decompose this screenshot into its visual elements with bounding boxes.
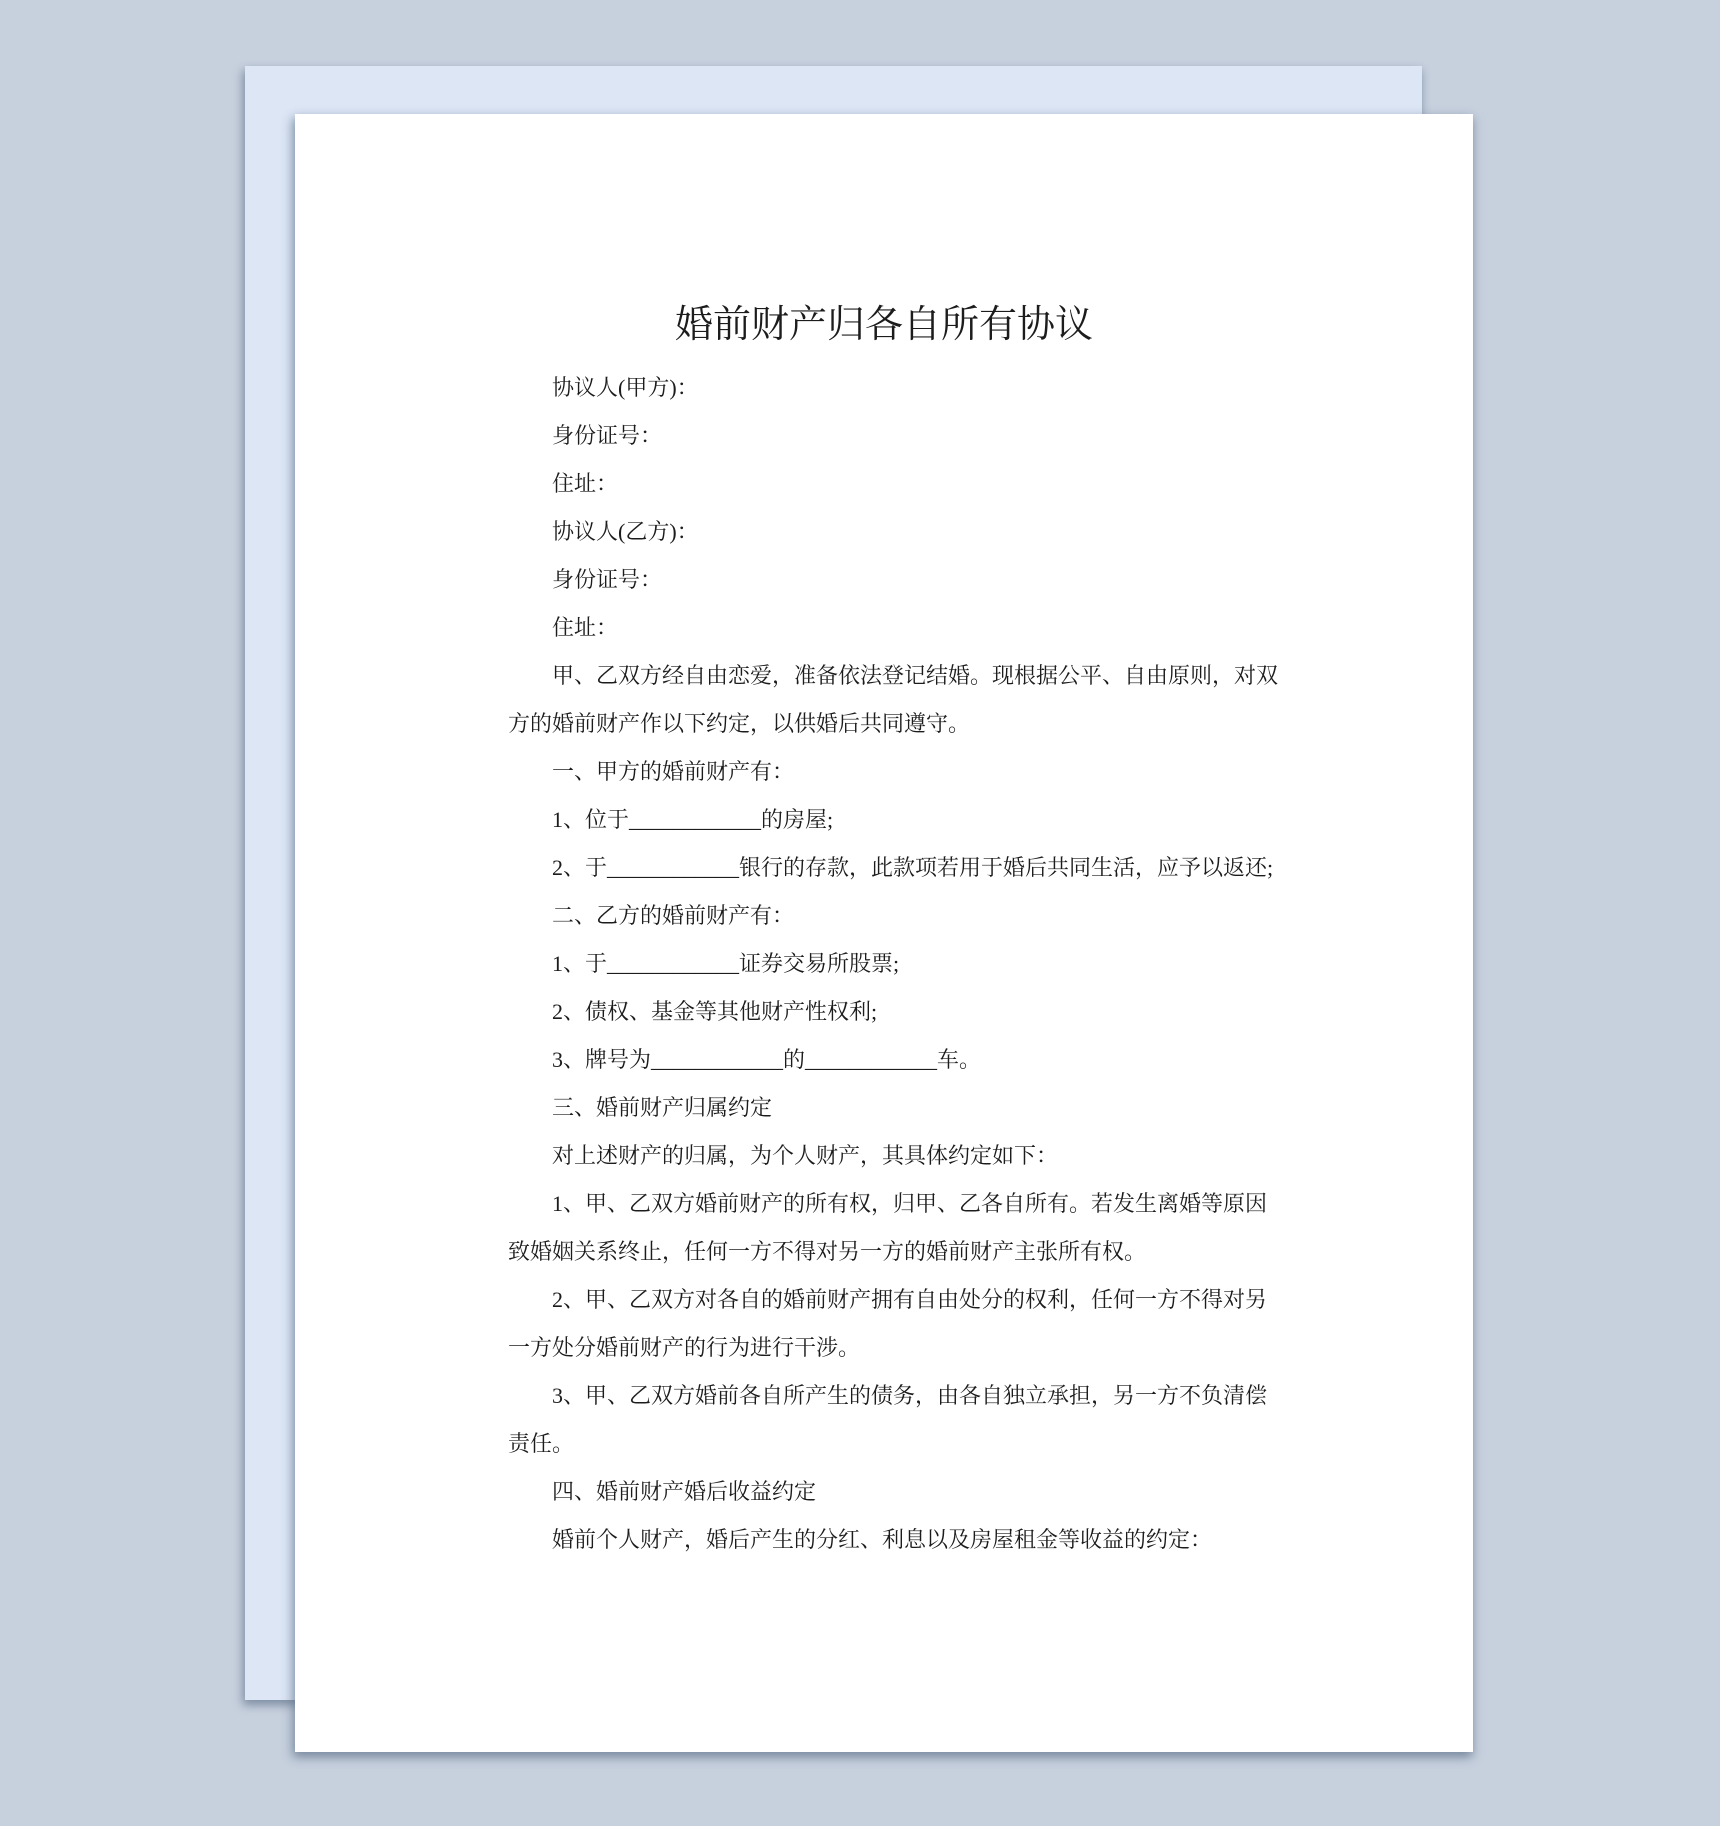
document-line: 婚前个人财产，婚后产生的分红、利息以及房屋租金等收益的约定： — [508, 1516, 1268, 1564]
document-line: 1、甲、乙双方婚前财产的所有权，归甲、乙各自所有。若发生离婚等原因 — [508, 1180, 1268, 1228]
document-line: 一、甲方的婚前财产有： — [508, 748, 1268, 796]
document-line: 甲、乙双方经自由恋爱，准备依法登记结婚。现根据公平、自由原则，对双 — [508, 652, 1268, 700]
document-line: 1、位于____________的房屋; — [508, 796, 1268, 844]
document-line: 致婚姻关系终止，任何一方不得对另一方的婚前财产主张所有权。 — [508, 1228, 1268, 1276]
document-line: 一方处分婚前财产的行为进行干涉。 — [508, 1324, 1268, 1372]
document-line: 二、乙方的婚前财产有： — [508, 892, 1268, 940]
document-line: 住址： — [508, 604, 1268, 652]
document-line: 3、牌号为____________的____________车。 — [508, 1036, 1268, 1084]
desktop-background: { "colors": { "background": "#c7d1de", "… — [0, 0, 1720, 1826]
document-line: 2、债权、基金等其他财产性权利; — [508, 988, 1268, 1036]
paper-sheet-front: 婚前财产归各自所有协议 协议人(甲方)： 身份证号： 住址： 协议人(乙方)： … — [295, 114, 1473, 1752]
document-line: 身份证号： — [508, 412, 1268, 460]
document-line: 身份证号： — [508, 556, 1268, 604]
document-line: 2、于____________银行的存款，此款项若用于婚后共同生活，应予以返还; — [508, 844, 1268, 892]
document-line: 住址： — [508, 460, 1268, 508]
document-line: 四、婚前财产婚后收益约定 — [508, 1468, 1268, 1516]
document-line: 协议人(乙方)： — [508, 508, 1268, 556]
document-title: 婚前财产归各自所有协议 — [295, 301, 1473, 349]
document-line: 责任。 — [508, 1420, 1268, 1468]
document-line: 方的婚前财产作以下约定，以供婚后共同遵守。 — [508, 700, 1268, 748]
document-line: 三、婚前财产归属约定 — [508, 1084, 1268, 1132]
document-body: 协议人(甲方)： 身份证号： 住址： 协议人(乙方)： 身份证号： 住址： 甲、… — [508, 364, 1268, 1564]
document-line: 1、于____________证券交易所股票; — [508, 940, 1268, 988]
document-line: 2、甲、乙双方对各自的婚前财产拥有自由处分的权利，任何一方不得对另 — [508, 1276, 1268, 1324]
document-line: 对上述财产的归属，为个人财产，其具体约定如下： — [508, 1132, 1268, 1180]
document-line: 协议人(甲方)： — [508, 364, 1268, 412]
document-line: 3、甲、乙双方婚前各自所产生的债务，由各自独立承担，另一方不负清偿 — [508, 1372, 1268, 1420]
